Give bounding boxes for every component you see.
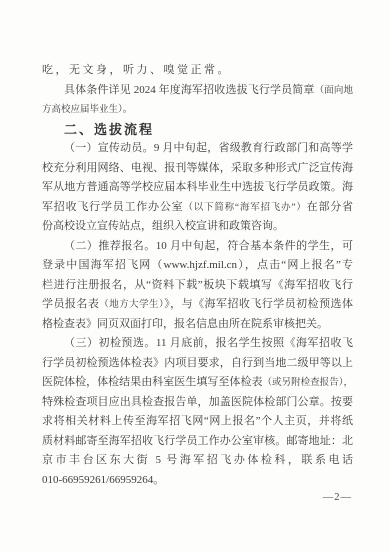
text-line: 行学员初检预选体检表》内项目要求，自行到当地二级甲等以上 [42, 354, 353, 374]
text-line: 校充分利用网络、电视、报刊等媒体，采取多种形式广泛宣传海 [42, 159, 353, 179]
text-segment: （或另附检查报告）， [263, 378, 353, 388]
text-segment: 吃，无文身，听力、嗅觉正常。 [42, 64, 231, 76]
text-segment: 行学员初检预选体检表》内项目要求，自行到当地二级甲等以上 [42, 357, 353, 369]
text-line: （三）初检预选。11 月底前，报名学生按照《海军招收飞 [42, 334, 353, 354]
text-segment: 军从地方普通高等学校应届本科毕业生中选拔飞行学员政策。海 [42, 181, 353, 193]
text-line: 质材料邮寄至海军招收飞行学员工作办公室审核。邮寄地址：北 [42, 432, 353, 452]
text-segment: 军招收飞行学员工作办公室 [42, 201, 183, 213]
text-segment: 二、选拔流程 [64, 122, 154, 137]
text-segment: 登录中国海军招飞网（www.hjzf.mil.cn），点击“网上报名”专 [42, 259, 353, 271]
text-line: 医院体检，体检结果由科室医生填写至体检表（或另附检查报告）， [42, 373, 353, 393]
text-segment: 》，与《海军招收飞行学员初检预选体 [164, 298, 353, 310]
text-line: 具体条件详见 2024 年度海军招收选拔飞行学员简章（面向地 [42, 81, 353, 101]
document-lines: 吃，无文身，听力、嗅觉正常。具体条件详见 2024 年度海军招收选拔飞行学员简章… [42, 61, 353, 490]
text-segment: （地方大学生） [99, 300, 164, 310]
text-segment: 学员报名表 [42, 298, 99, 310]
text-segment: 在部分省 [307, 201, 353, 213]
text-segment: （一）宣传动员。9 月中旬起，省级教育行政部门和高等学 [64, 142, 353, 154]
text-segment: （面向地 [315, 86, 353, 96]
page-number: —2— [323, 492, 352, 503]
text-segment: 校充分利用网络、电视、报刊等媒体，采取多种形式广泛宣传海 [42, 162, 353, 174]
text-line: 军从地方普通高等学校应届本科毕业生中选拔飞行学员政策。海 [42, 178, 353, 198]
text-line: （一）宣传动员。9 月中旬起，省级教育行政部门和高等学 [42, 139, 353, 159]
text-segment: 栏进行注册报名，从“资料下载”板块下载填写《海军招收飞行 [42, 279, 353, 291]
text-segment: 质材料邮寄至海军招收飞行学员工作办公室审核。邮寄地址：北 [42, 435, 353, 447]
text-line: 学员报名表（地方大学生）》，与《海军招收飞行学员初检预选体 [42, 295, 353, 315]
text-line: 特殊检查项目应出具检查报告单，加盖医院体检部门公章。按要 [42, 393, 353, 413]
text-segment: 份高校设立宣传站点，组织入校宣讲和政策咨询。 [42, 220, 284, 232]
text-segment: （以下简称“海军招飞办”） [183, 203, 306, 213]
text-segment: （三）初检预选。11 月底前，报名学生按照《海军招收飞 [64, 337, 353, 349]
text-segment: 具体条件详见 2024 年度海军招收选拔飞行学员简章 [64, 84, 315, 96]
text-line: （二）推荐报名。10 月中旬起，符合基本条件的学生，可 [42, 237, 353, 257]
document-page: 吃，无文身，听力、嗅觉正常。具体条件详见 2024 年度海军招收选拔飞行学员简章… [0, 0, 389, 553]
text-line: 吃，无文身，听力、嗅觉正常。 [42, 61, 353, 81]
text-segment: 格检查表》同页双面打印，报名信息由所在院系审核把关。 [42, 318, 328, 330]
text-line: 京市丰台区东大街 5 号海军招飞办体检科，联系电话 [42, 451, 353, 471]
text-line: 求将相关材料上传至海军招飞网“网上报名”个人主页，并将纸 [42, 412, 353, 432]
text-line: 军招收飞行学员工作办公室（以下简称“海军招飞办”）在部分省 [42, 198, 353, 218]
text-segment: 方高校应届毕业生）。 [42, 105, 132, 115]
text-segment: 京市丰台区东大街 5 号海军招飞办体检科，联系电话 [42, 454, 353, 466]
text-line: 二、选拔流程 [42, 120, 353, 140]
text-segment: 医院体检，体检结果由科室医生填写至体检表 [42, 376, 263, 388]
text-segment: 求将相关材料上传至海军招飞网“网上报名”个人主页，并将纸 [42, 415, 353, 427]
text-segment: 010-66959261/66959264。 [42, 474, 164, 486]
text-line: 登录中国海军招飞网（www.hjzf.mil.cn），点击“网上报名”专 [42, 256, 353, 276]
text-line: 栏进行注册报名，从“资料下载”板块下载填写《海军招收飞行 [42, 276, 353, 296]
text-line: 份高校设立宣传站点，组织入校宣讲和政策咨询。 [42, 217, 353, 237]
text-segment: 特殊检查项目应出具检查报告单，加盖医院体检部门公章。按要 [42, 396, 353, 408]
text-line: 010-66959261/66959264。 [42, 471, 353, 491]
text-line: 方高校应届毕业生）。 [42, 100, 353, 120]
text-line: 格检查表》同页双面打印，报名信息由所在院系审核把关。 [42, 315, 353, 335]
text-segment: （二）推荐报名。10 月中旬起，符合基本条件的学生，可 [64, 240, 353, 252]
